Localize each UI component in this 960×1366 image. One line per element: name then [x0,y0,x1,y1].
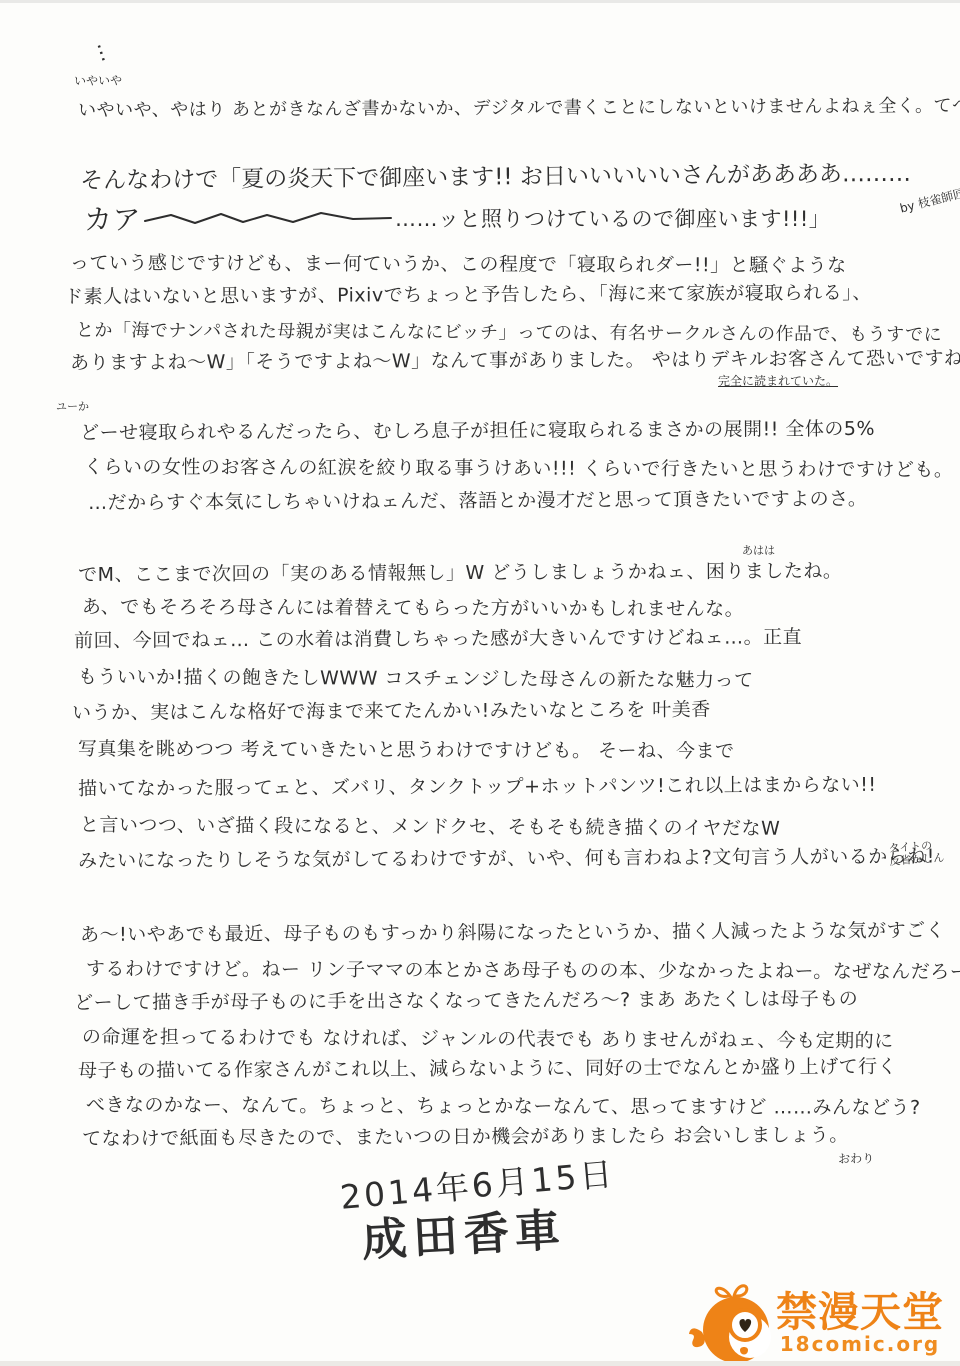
wavy-line [143,205,393,231]
handwritten-line: あ〜!いやあでも最近、母子ものもすっかり斜陽になったというか、描く人減ったような… [80,915,945,947]
owari-note: おわり [838,1149,874,1167]
handwritten-line: 母子もの描いてる作家さんがこれ以上、減らないように、同好の士でなんとか盛り上げて… [78,1052,897,1083]
handwritten-line: てなわけで紙面も尽きたので、またいつの日か機会がありましたら お会いしましょう。 [82,1120,849,1151]
handwritten-line: いやいや、やはり あとがきなんざ書かないか、デジタルで書くことにしないといけませ… [78,91,960,122]
watermark-logo: 禁漫天堂 18comic.org [688,1280,960,1366]
watermark-text: 禁漫天堂 18comic.org [776,1291,944,1355]
handwritten-line: と言いつつ、いざ描く段になると、メンドクセ、そもそも続き描くのイヤだなW [80,810,781,841]
margin-note-line2: 反省かしん [889,851,945,868]
handwritten-line: あ、でもそろそろ母さんには着替えてもらった方がいいかもしれませんな。 [82,592,744,621]
fish-mascot-icon [688,1280,780,1366]
handwritten-line: どーせ寝取られやるんだったら、むしろ息子が担任に寝取られるまさかの展開!! 全体… [80,414,875,445]
handwritten-line: でM、ここまで次回の「実のある情報無し」W どうしましょうかねェ、困りましたね。 [78,556,842,587]
scanned-afterword-page: { "page": { "ink": "#2e2e2e", "paper": "… [0,0,960,1366]
handwritten-line: みたいになったりしそうな気がしてるわけですが、いや、何も言わねよ?文句言う人がい… [78,842,935,873]
margin-note: タイトの 反省かしん [888,838,945,868]
handwritten-line: どーして描き手が母子ものに手を出さなくなってきたんだろ〜? まあ あたくしは母子… [74,984,858,1015]
handwritten-line: 描いてなかった服ってェと、ズバリ、タンクトップ+ホットパンツ!これ以上はまからな… [78,770,877,801]
watermark-title: 禁漫天堂 [776,1291,944,1333]
watermark-url: 18comic.org [780,1333,941,1355]
handwritten-line: そんなわけで「夏の炎天下で御座います!! お日いいいいいさんがああああ……… [80,155,911,195]
margin-note: 完全に読まれていた。 [718,372,838,389]
kaa-wave-line: カア ……ッと照りつけているので御座います!!!」 [84,198,830,238]
author-signature: 成田香車 [360,1193,567,1269]
handwritten-line: ……ッと照りつけているので御座います!!!」 [395,203,830,233]
author-credit: by 枝雀師匠 [898,184,960,217]
handwritten-line: とか「海でナンパされた母親が実はこんなにビッチ」ってのは、有名サークルさんの作品… [76,316,942,347]
leading-dots: … [92,38,122,66]
handwritten-line: 写真集を眺めつつ 考えていきたいと思うわけですけども。 そーね、今まで [78,734,735,763]
handwritten-line: もういいか!描くの飽きたしWWW コスチェンジした母さんの新たな魅力って [78,662,754,693]
handwritten-line: …だからすぐ本気にしちゃいけねェんだ、落語とか漫才だと思って頂きたいですよのさ。 [88,484,867,515]
handwritten-line: するわけですけど。ねー リン子ママの本とかさあ母子ものの本、少なかったよねー。な… [86,954,960,984]
scan-edge-bottom [0,1361,960,1366]
scan-edge-top [0,0,960,3]
handwritten-line: べきなのかなー、なんて。ちょっと、ちょっとかなーなんて、思ってますけど ……みん… [86,1090,921,1120]
margin-note: ユーか [56,398,89,414]
handwritten-line: っていう感じですけども、まー何ていうか、この程度で「寝取られダー!!」と騒ぐよう… [70,248,847,278]
handwritten-line: ありますよね〜W」「そうですよね〜W」なんて事がありました。 やはりデキルお客さ… [70,343,960,375]
kaa-text: カア [84,198,141,238]
handwritten-line: いやいや [74,72,122,89]
handwritten-line: くらいの女性のお客さんの紅涙を絞り取る事うけあい!!! くらいで行きたいと思うわ… [84,452,953,482]
handwritten-line: ド素人はいないと思いますが、Pixivでちょっと予告したら、「海に来て家族が寝取… [64,278,872,309]
handwritten-line: 前回、今回でねェ… この水着は消費しちゃった感が大きいんですけどねェ…。正直 [74,622,802,653]
handwritten-line: の命運を担ってるわけでも なければ、ジャンルの代表でも ありませんがねェ、今も定… [82,1022,894,1053]
handwritten-line: いうか、実はこんな格好で海まで来てたんかい!みたいなところを 叶美香 [72,695,711,725]
